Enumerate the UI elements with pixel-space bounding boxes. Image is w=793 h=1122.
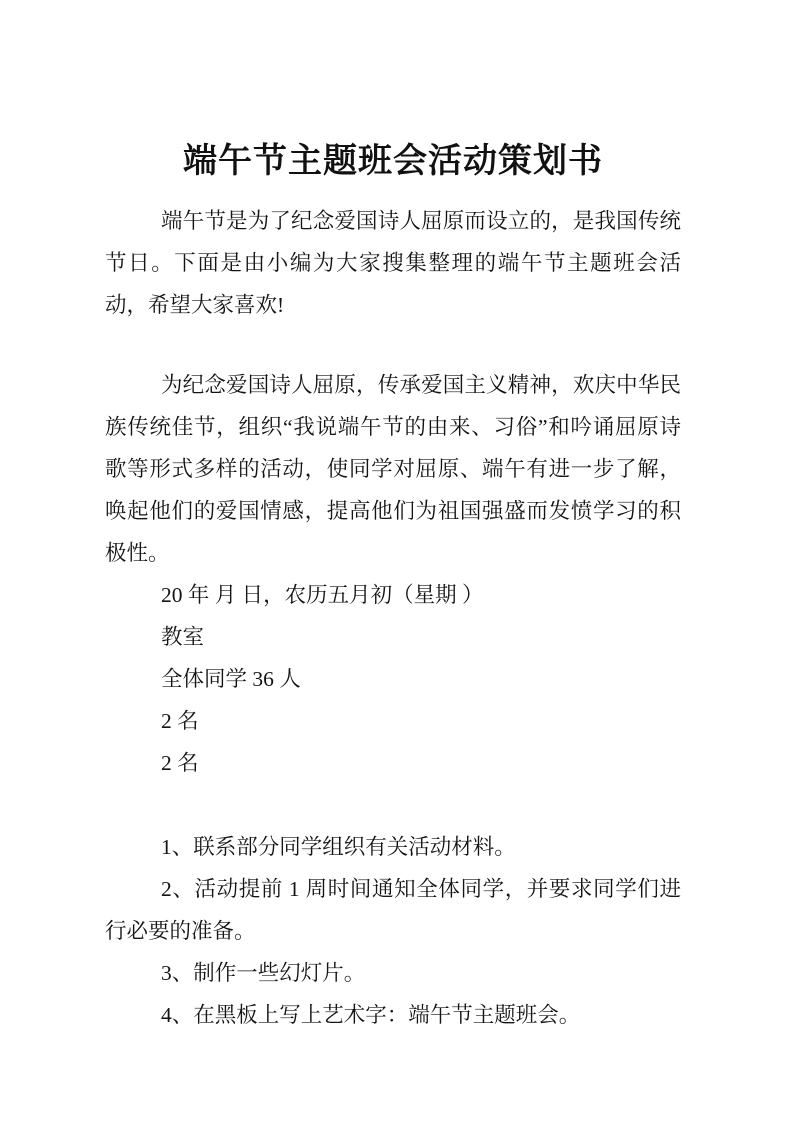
prep-item-4: 4、在黑板上写上艺术字：端午节主题班会。: [105, 994, 681, 1036]
prep-item-3: 3、制作一些幻灯片。: [105, 952, 681, 994]
detail-host-count-line-2: 2 名: [105, 742, 681, 784]
detail-date-line: 20 年 月 日，农历五月初（星期 ）: [105, 574, 681, 616]
prep-item-1: 1、联系部分同学组织有关活动材料。: [105, 826, 681, 868]
document-title: 端午节主题班会活动策划书: [105, 136, 681, 188]
intro-paragraph: 端午节是为了纪念爱国诗人屈原而设立的，是我国传统节日。下面是由小编为大家搜集整理…: [105, 200, 681, 326]
detail-host-count-line: 2 名: [105, 700, 681, 742]
purpose-paragraph: 为纪念爱国诗人屈原，传承爱国主义精神，欢庆中华民族传统佳节，组织“我说端午节的由…: [105, 364, 681, 574]
prep-item-2: 2、活动提前 1 周时间通知全体同学，并要求同学们进行必要的准备。: [105, 868, 681, 952]
detail-participants-line: 全体同学 36 人: [105, 658, 681, 700]
detail-place-line: 教室: [105, 616, 681, 658]
document-page: 端午节主题班会活动策划书 端午节是为了纪念爱国诗人屈原而设立的，是我国传统节日。…: [0, 0, 793, 1122]
